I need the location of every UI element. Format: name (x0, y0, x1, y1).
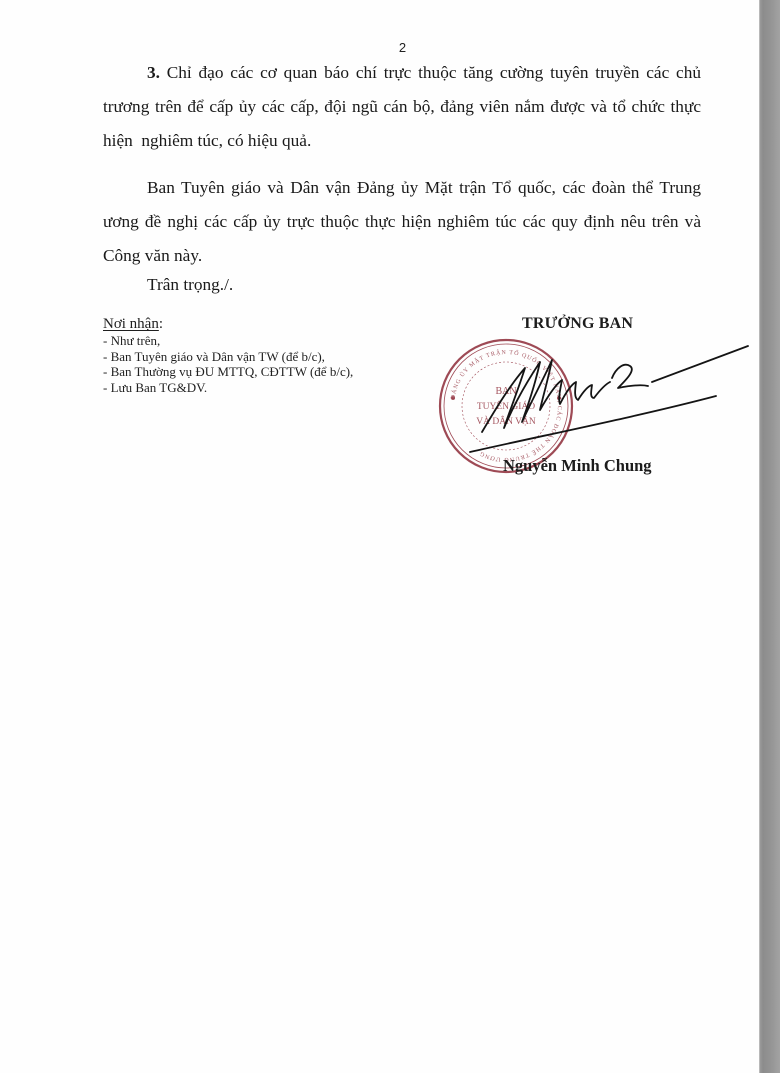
recipients-block: Nơi nhận: - Như trên, - Ban Tuyên giáo v… (103, 315, 353, 395)
recipient-item: - Như trên, (103, 333, 353, 349)
paragraph-line: trương trên để cấp ủy các cấp, đội ngũ c… (103, 90, 701, 124)
recipients-title-colon: : (159, 315, 163, 333)
paragraph-line: ương đề nghị các cấp ủy trực thuộc thực … (103, 205, 701, 239)
paragraph-line: Ban Tuyên giáo và Dân vận Đảng ủy Mặt tr… (103, 171, 701, 205)
page-edge-shadow (759, 0, 780, 1073)
recipient-item: - Ban Tuyên giáo và Dân vận TW (để b/c), (103, 349, 353, 365)
recipients-title-text: Nơi nhận (103, 316, 159, 332)
line-text: Chỉ đạo các cơ quan báo chí trực thuộc t… (160, 63, 701, 82)
recipient-item: - Lưu Ban TG&DV. (103, 380, 353, 396)
paragraph-line: Công văn này. (103, 239, 701, 273)
paragraph-item-3: 3. Chỉ đạo các cơ quan báo chí trực thuộ… (103, 56, 701, 158)
closing-text: Trân trọng./. (147, 273, 233, 297)
recipient-item: - Ban Thường vụ ĐU MTTQ, CĐTTW (để b/c), (103, 364, 353, 380)
recipients-list: - Như trên, - Ban Tuyên giáo và Dân vận … (103, 333, 353, 395)
paragraph-line: 3. Chỉ đạo các cơ quan báo chí trực thuộ… (103, 56, 701, 90)
page-number: 2 (0, 40, 780, 55)
recipients-title: Nơi nhận: (103, 315, 353, 333)
item-number: 3. (147, 63, 160, 82)
signer-name: Nguyễn Minh Chung (503, 456, 652, 476)
document-page: 2 3. Chỉ đạo các cơ quan báo chí trực th… (0, 0, 760, 1073)
paragraph-request: Ban Tuyên giáo và Dân vận Đảng ủy Mặt tr… (103, 171, 701, 273)
paragraph-line: hiện nghiêm túc, có hiệu quả. (103, 124, 701, 158)
